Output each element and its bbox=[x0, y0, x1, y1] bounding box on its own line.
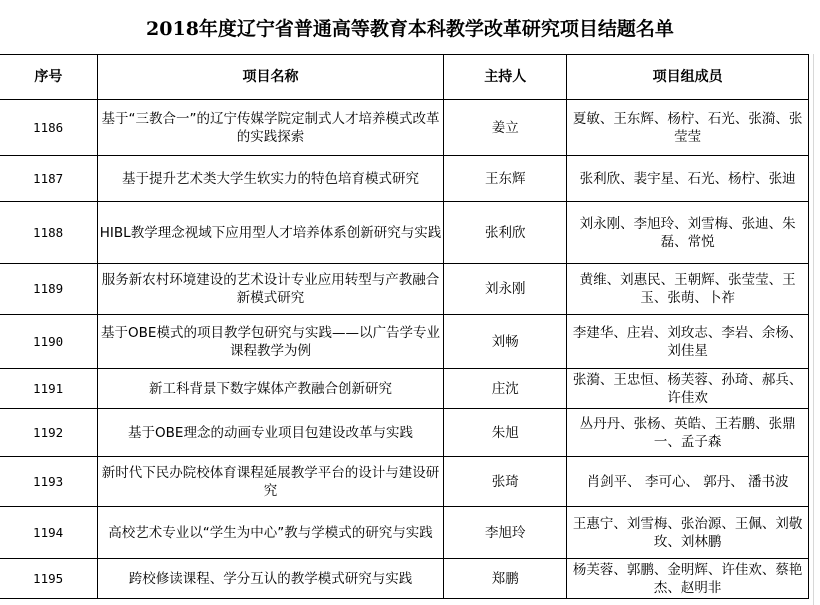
cell-members: 张利欣、裴宇星、石光、杨柠、张迪 bbox=[567, 156, 809, 202]
cell-serial: 1187 bbox=[0, 156, 97, 202]
cell-leader: 庄沈 bbox=[444, 369, 567, 409]
cell-leader: 王东辉 bbox=[444, 156, 567, 202]
cell-project-name: 服务新农村环境建设的艺术设计专业应用转型与产教融合新模式研究 bbox=[97, 264, 444, 315]
cell-members: 李建华、庄岩、刘玫志、李岩、余杨、刘佳星 bbox=[567, 315, 809, 369]
cell-members: 刘永刚、李旭玲、刘雪梅、张迪、朱磊、常悦 bbox=[567, 202, 809, 264]
cell-project-name: 基于提升艺术类大学生软实力的特色培育模式研究 bbox=[97, 156, 444, 202]
cell-leader: 张利欣 bbox=[444, 202, 567, 264]
cell-project-name: 新时代下民办院校体育课程延展教学平台的设计与建设研究 bbox=[97, 457, 444, 507]
cell-serial: 1194 bbox=[0, 507, 97, 559]
cell-leader: 郑鹏 bbox=[444, 559, 567, 599]
project-table: 序号 项目名称 主持人 项目组成员 1186 基于“三教合一”的辽宁传媒学院定制… bbox=[0, 54, 809, 599]
cell-serial: 1192 bbox=[0, 409, 97, 457]
header-members: 项目组成员 bbox=[567, 55, 809, 100]
cell-serial: 1189 bbox=[0, 264, 97, 315]
spreadsheet-gridline bbox=[813, 54, 814, 605]
table-row: 1188 HIBL教学理念视域下应用型人才培养体系创新研究与实践 张利欣 刘永刚… bbox=[0, 202, 809, 264]
cell-leader: 朱旭 bbox=[444, 409, 567, 457]
cell-project-name: 新工科背景下数字媒体产教融合创新研究 bbox=[97, 369, 444, 409]
cell-members: 肖剑平、 李可心、 郭丹、 潘书波 bbox=[567, 457, 809, 507]
header-serial: 序号 bbox=[0, 55, 97, 100]
cell-leader: 李旭玲 bbox=[444, 507, 567, 559]
cell-project-name: 基于OBE理念的动画专业项目包建设改革与实践 bbox=[97, 409, 444, 457]
cell-project-name: 高校艺术专业以“学生为中心”教与学模式的研究与实践 bbox=[97, 507, 444, 559]
cell-leader: 姜立 bbox=[444, 100, 567, 156]
cell-members: 杨芙蓉、郭鹏、金明辉、许佳欢、蔡艳杰、赵明非 bbox=[567, 559, 809, 599]
table-row: 1193 新时代下民办院校体育课程延展教学平台的设计与建设研究 张琦 肖剑平、 … bbox=[0, 457, 809, 507]
table-row: 1190 基于OBE模式的项目教学包研究与实践——以广告学专业课程教学为例 刘畅… bbox=[0, 315, 809, 369]
cell-leader: 刘畅 bbox=[444, 315, 567, 369]
cell-serial: 1188 bbox=[0, 202, 97, 264]
cell-members: 王惠宁、刘雪梅、张治源、王佩、刘敬玫、刘林鹏 bbox=[567, 507, 809, 559]
cell-project-name: 基于OBE模式的项目教学包研究与实践——以广告学专业课程教学为例 bbox=[97, 315, 444, 369]
cell-project-name: 跨校修读课程、学分互认的教学模式研究与实践 bbox=[97, 559, 444, 599]
table-header-row: 序号 项目名称 主持人 项目组成员 bbox=[0, 55, 809, 100]
cell-members: 张漪、王忠恒、杨芙蓉、孙琦、郝兵、许佳欢 bbox=[567, 369, 809, 409]
header-project-name: 项目名称 bbox=[97, 55, 444, 100]
cell-members: 黄维、刘惠民、王朝辉、张莹莹、王玉、张萌、卜祚 bbox=[567, 264, 809, 315]
cell-serial: 1193 bbox=[0, 457, 97, 507]
cell-serial: 1191 bbox=[0, 369, 97, 409]
table-row: 1192 基于OBE理念的动画专业项目包建设改革与实践 朱旭 丛丹丹、张杨、英皓… bbox=[0, 409, 809, 457]
page-title: 2018年度辽宁省普通高等教育本科教学改革研究项目结题名单 bbox=[0, 0, 820, 54]
table-row: 1186 基于“三教合一”的辽宁传媒学院定制式人才培养模式改革的实践探索 姜立 … bbox=[0, 100, 809, 156]
document-page: 2018年度辽宁省普通高等教育本科教学改革研究项目结题名单 序号 项目名称 主持… bbox=[0, 0, 820, 605]
cell-serial: 1190 bbox=[0, 315, 97, 369]
cell-members: 夏敏、王东辉、杨柠、石光、张漪、张莹莹 bbox=[567, 100, 809, 156]
table-row: 1191 新工科背景下数字媒体产教融合创新研究 庄沈 张漪、王忠恒、杨芙蓉、孙琦… bbox=[0, 369, 809, 409]
cell-leader: 刘永刚 bbox=[444, 264, 567, 315]
cell-serial: 1195 bbox=[0, 559, 97, 599]
cell-serial: 1186 bbox=[0, 100, 97, 156]
table-row: 1194 高校艺术专业以“学生为中心”教与学模式的研究与实践 李旭玲 王惠宁、刘… bbox=[0, 507, 809, 559]
table-row: 1187 基于提升艺术类大学生软实力的特色培育模式研究 王东辉 张利欣、裴宇星、… bbox=[0, 156, 809, 202]
table-row: 1195 跨校修读课程、学分互认的教学模式研究与实践 郑鹏 杨芙蓉、郭鹏、金明辉… bbox=[0, 559, 809, 599]
cell-members: 丛丹丹、张杨、英皓、王若鹏、张鼎一、孟子森 bbox=[567, 409, 809, 457]
cell-leader: 张琦 bbox=[444, 457, 567, 507]
table-row: 1189 服务新农村环境建设的艺术设计专业应用转型与产教融合新模式研究 刘永刚 … bbox=[0, 264, 809, 315]
cell-project-name: HIBL教学理念视域下应用型人才培养体系创新研究与实践 bbox=[97, 202, 444, 264]
cell-project-name: 基于“三教合一”的辽宁传媒学院定制式人才培养模式改革的实践探索 bbox=[97, 100, 444, 156]
header-leader: 主持人 bbox=[444, 55, 567, 100]
